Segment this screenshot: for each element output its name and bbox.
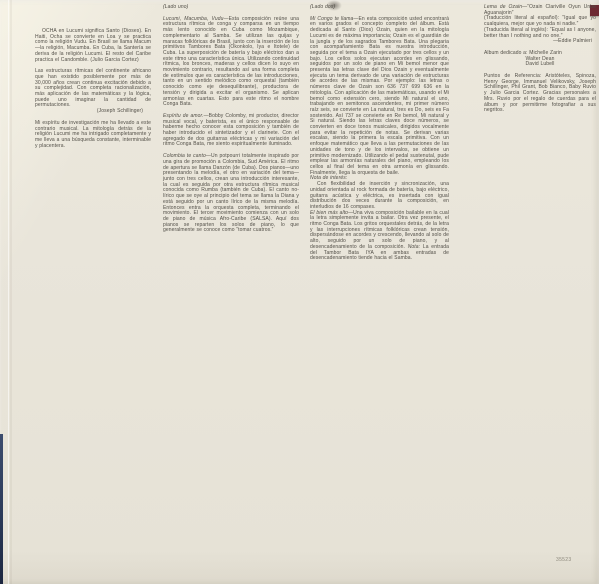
paragraph-espiritu: Mi espíritu de investigación me ha lleva… — [35, 121, 151, 150]
track-note-lucumi-macumba-vudu: Lucumi, Macumba, Vudu—Esta composición r… — [163, 17, 299, 108]
track-text: —Un potpourri totalmente inspirado por u… — [163, 153, 299, 233]
track-note-espiritu-de-amor: Espíritu de amor.—Bobby Colomby, mi prod… — [163, 114, 299, 148]
paper-crease-line — [8, 0, 9, 584]
note-of-interest-text: Con flexibilidad de inserción y sincroni… — [310, 182, 449, 211]
track-text: —En esta composición usted encontrará en… — [310, 16, 449, 176]
eddie-palmieri-signature: —Eddie Palmieri — [484, 39, 596, 45]
column-intro: OCHA en Lucumi significa Santo (Dioses).… — [35, 29, 151, 155]
track-note-mi-congo-te-llama: Mi Congo te llama—En esta composición us… — [310, 17, 449, 177]
reference-points: Puntos de Referencia: Aristóteles, Spino… — [484, 74, 596, 114]
paragraph-ocha: OCHA en Lucumi significa Santo (Dioses).… — [35, 29, 151, 63]
sleeve-spine-sliver — [0, 434, 3, 584]
track-text: —Esta composición reúne una estructura r… — [163, 16, 299, 108]
catalog-number: 35523 — [556, 557, 571, 563]
track-note-colombia-te-canto: Colombia te canto—Un potpourri totalment… — [163, 154, 299, 234]
track-text: —Bobby Colomby, mi productor, director m… — [163, 113, 299, 148]
paragraph-estructuras: Las estructuras rítmicas del continente … — [35, 69, 151, 109]
attribution-schillinger: (Joseph Schillinger) — [35, 109, 151, 115]
side-one-label: (Lado uno) — [163, 5, 299, 11]
liner-notes-page: OCHA en Lucumi significa Santo (Dioses).… — [0, 0, 599, 584]
column-lado-uno: (Lado uno) Lucumi, Macumba, Vudu—Esta co… — [163, 5, 299, 240]
column-credits: Lema de Ozain—“Ozain Clariville Oyun Unb… — [484, 5, 596, 120]
paper-crease-shadow — [10, 0, 12, 584]
side-two-label: (Lado dos) — [310, 5, 449, 11]
column-lado-dos: (Lado dos) Mi Congo te llama—En esta com… — [310, 5, 449, 268]
track-note-el-bien-mas-alto: El bien más alto—Una viva composición ba… — [310, 211, 449, 262]
dedication-name: David Lubell — [484, 62, 596, 68]
